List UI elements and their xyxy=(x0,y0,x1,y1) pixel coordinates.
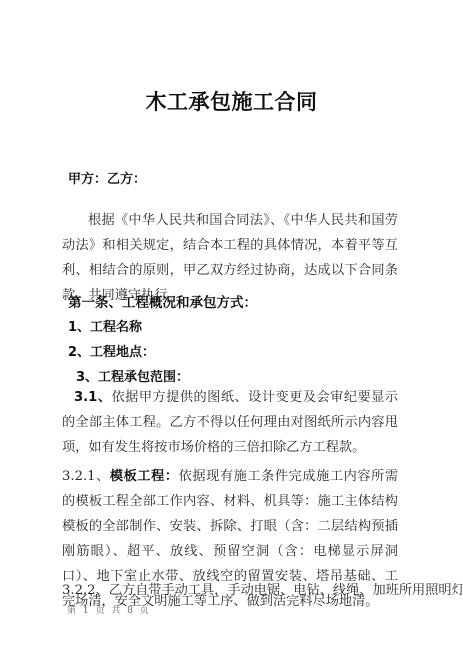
clause-3-2-2-block: 3.2.2、乙方自带手动工具，手动电锯、电钻、线绳、加班所用照明灯 xyxy=(62,578,407,603)
clause-3-1: 3.1、依据甲方提供的图纸、设计变更及会审纪要显示的全部主体工程。乙方不得以任何… xyxy=(62,385,398,460)
article-1-heading: 第一条、工程概况和承包方式： xyxy=(68,291,257,311)
clause-3-1-text: 依据甲方提供的图纸、设计变更及会审纪要显示的全部主体工程。乙方不得以任何理由对图… xyxy=(62,390,398,455)
item-contract-scope: 3、工程承包范围： xyxy=(76,366,189,385)
contract-parties: 甲方：乙方： xyxy=(68,168,146,187)
clause-3-2-1-number: 3.2.1、 xyxy=(62,469,110,484)
clause-3-2-2: 3.2.2、乙方自带手动工具，手动电锯、电钻、线绳、加班所用照明灯 xyxy=(62,578,407,603)
document-title: 木工承包施工合同 xyxy=(0,86,463,116)
clause-3-2-1-label: 模板工程： xyxy=(110,469,179,484)
item-project-location: 2、工程地点： xyxy=(68,341,155,360)
item-project-name: 1、工程名称 xyxy=(68,316,142,335)
clause-3-1-block: 3.1、依据甲方提供的图纸、设计变更及会审纪要显示的全部主体工程。乙方不得以任何… xyxy=(62,385,398,460)
page-footer: 第 1 页 共 8 页 xyxy=(67,603,150,616)
document-page: 木工承包施工合同 甲方：乙方： 根据《中华人民共和国合同法》、《中华人民共和国劳… xyxy=(0,0,463,655)
clause-3-1-label: 3.1、 xyxy=(74,390,112,405)
